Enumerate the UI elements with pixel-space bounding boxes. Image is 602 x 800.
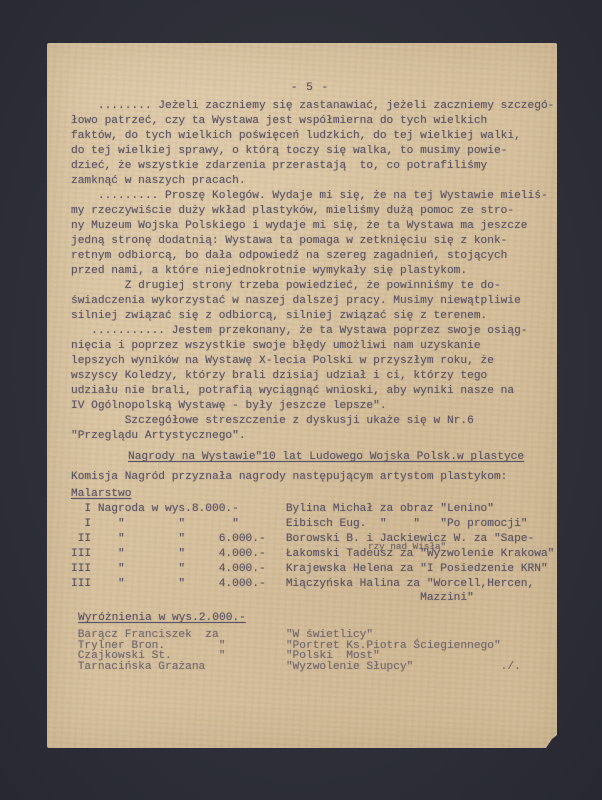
text-line: my rzeczywiście duży wkład plastyków, mi… <box>71 204 549 219</box>
page-number-line: - 5 - <box>71 81 549 96</box>
tight-line: Czajkowski St. " "Polski Most" <box>71 651 549 662</box>
photo-background: - 5 - ........ Jeżeli zaczniemy się zast… <box>0 0 602 800</box>
table-line: III " " 4.000.- Miączyńska Halina za "Wo… <box>71 577 549 592</box>
text-line: zamknąć w naszych pracach. <box>71 174 549 189</box>
text-line: przed nami, a które niejednokrotnie wymy… <box>71 264 549 279</box>
table-line: II " " 6.000.- Borowski B. i Jackiewicz … <box>71 532 549 547</box>
text-line: ........... Jestem przekonany, że ta Wys… <box>71 324 549 339</box>
text-line: do tej wielkiej sprawy, o którą toczy si… <box>71 144 549 159</box>
text-line: "Przeglądu Artystycznego". <box>71 429 549 444</box>
tight-line: Tarnacińska Grażana "Wyzwolenie Słupcy" … <box>71 662 549 673</box>
text-line: dzieć, że wszystkie zdarzenia przerastaj… <box>71 159 549 174</box>
text-line: ......... Proszę Kolegów. Wydaje mi się,… <box>71 189 549 204</box>
text-line: retnym odbiorcą, bo dała odpowiedź na sz… <box>71 249 549 264</box>
text-line: świadczenia wykorzystać w naszej dalszej… <box>71 294 549 309</box>
text-line: udziału nie brali, potrafią wyciągnąć wn… <box>71 384 549 399</box>
text-line: łowo patrzeć, czy ta Wystawa jest współm… <box>71 114 549 129</box>
heading-line: Nagrody na Wystawie"10 lat Ludowego Wojs… <box>128 450 549 465</box>
text-line: silniej związać się z odbiorcą, silniej … <box>71 309 549 324</box>
table-line: III " " 4.000.- Krajewska Helena za "I P… <box>71 562 549 577</box>
table-line: I Nagroda w wys.8.000.- Bylina Michał za… <box>71 502 549 517</box>
heading2-line: Wyróżnienia w wys.2.000.- <box>78 611 549 626</box>
text-line: wszyscy Koledzy, którzy brali dzisiaj ud… <box>71 369 549 384</box>
text-line: ........ Jeżeli zaczniemy się zastanawia… <box>71 99 549 114</box>
page-text: - 5 - ........ Jeżeli zaczniemy się zast… <box>71 81 549 672</box>
text-line: Szczegółowe streszczenie z dyskusji ukaż… <box>71 414 549 429</box>
text-line: ny Muzeum Wojska Polskiego i wydaje mi s… <box>71 219 549 234</box>
text-line: nięcia i poprzez wszystkie swoje błędy u… <box>71 339 549 354</box>
cont-line: Mazzini" <box>71 592 549 605</box>
text-line: Z drugiej strony trzeba powiedzieć, że p… <box>71 279 549 294</box>
table-line: I " " " Eibisch Eug. " " "Po promocji" <box>71 517 549 532</box>
text-line: jedną stronę dodatnią: Wystawa ta pomaga… <box>71 234 549 249</box>
tight-line: Barącz Franciszek za "W świetlicy" <box>71 630 549 641</box>
subheading-line: Malarstwo <box>71 487 549 502</box>
text-line: faktów, do tych wielkich poświęceń ludzk… <box>71 129 549 144</box>
komisja-line: Komisja Nagród przyznała nagrody następu… <box>71 470 549 485</box>
text-line: lepszych wyników na Wystawę X-lecia Pols… <box>71 354 549 369</box>
paper-sheet: - 5 - ........ Jeżeli zaczniemy się zast… <box>47 43 557 748</box>
text-line: IV Ogólnopolską Wystawę - były jeszcze l… <box>71 399 549 414</box>
table-line: III " " 4.000.- Łakomski Tadeusz za "Wyz… <box>71 547 549 562</box>
